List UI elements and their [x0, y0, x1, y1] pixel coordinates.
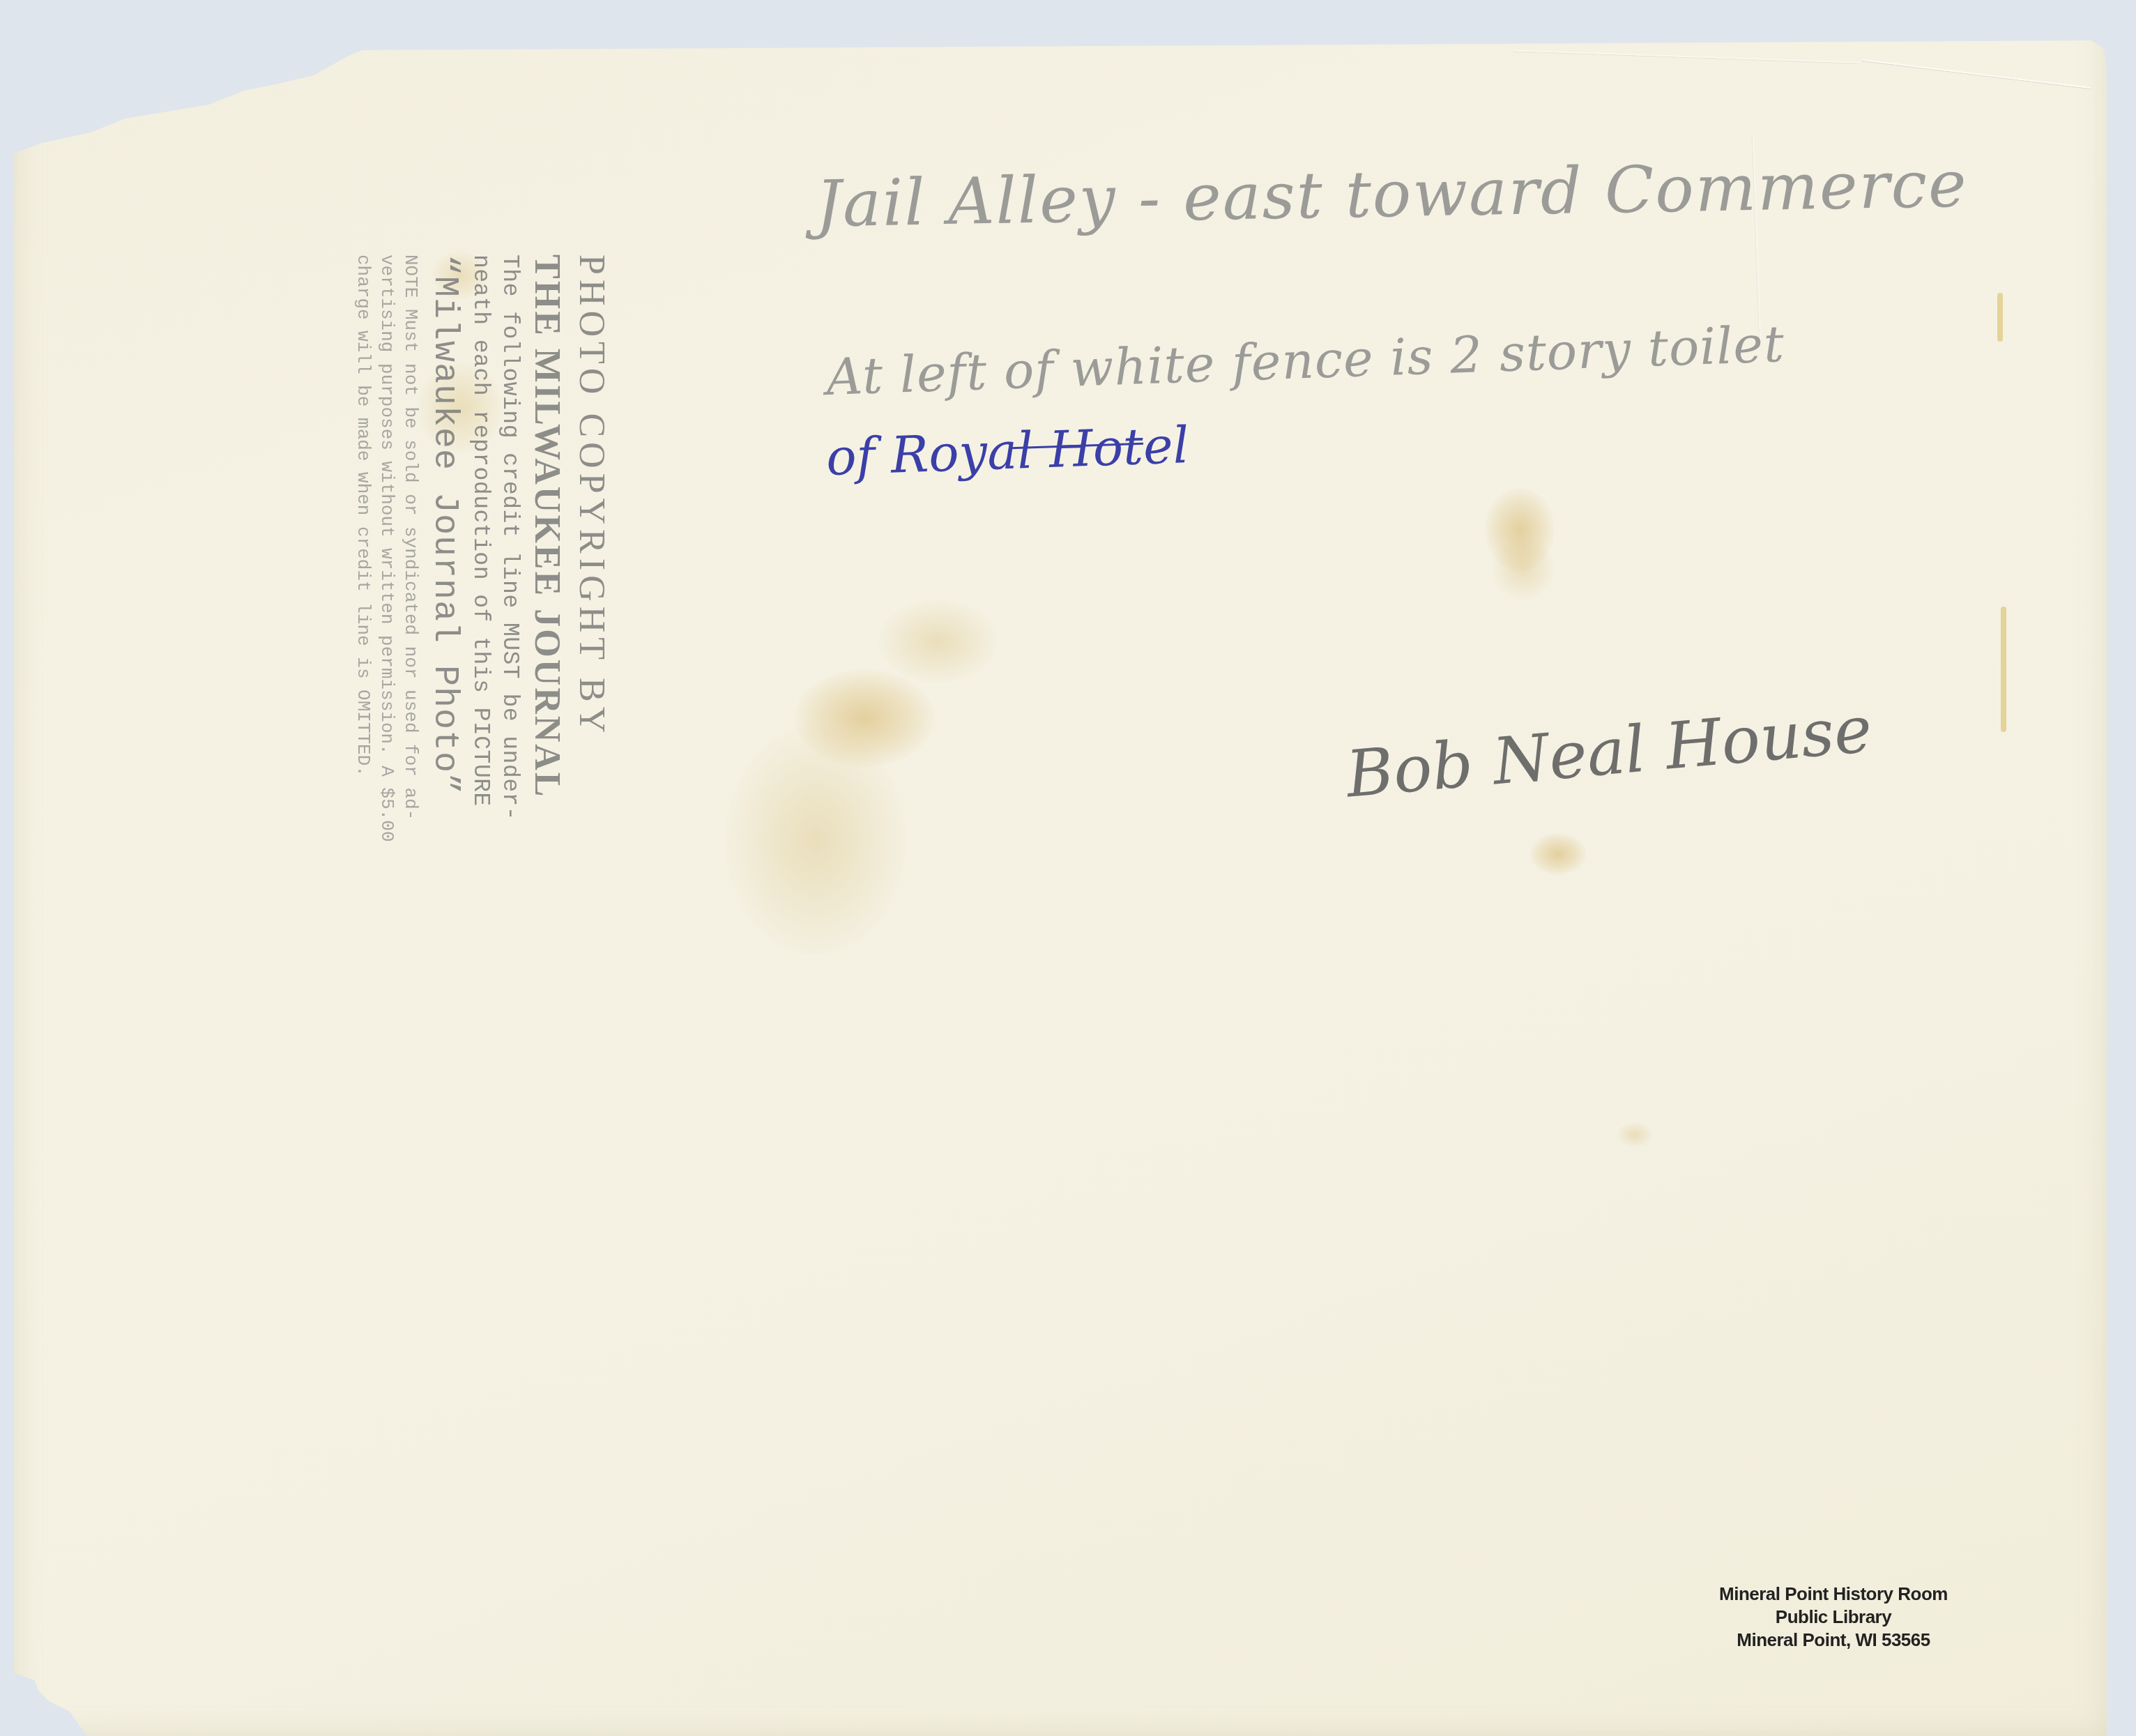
stamp-line-title: PHOTO COPYRIGHT BY — [569, 254, 613, 910]
stamp-line-publisher: THE MILWAUKEE JOURNAL — [524, 254, 569, 910]
library-stamp-line-2: Public Library — [1673, 1606, 1994, 1629]
library-ownership-stamp: Mineral Point History Room Public Librar… — [1673, 1583, 1994, 1652]
copyright-stamp: PHOTO COPYRIGHT BY THE MILWAUKEE JOURNAL… — [272, 254, 613, 910]
library-stamp-line-1: Mineral Point History Room — [1673, 1583, 1994, 1606]
stamp-line-note-2: vertising purposes without written permi… — [375, 254, 399, 910]
stamp-line-note-3: charge will be made when credit line is … — [351, 254, 375, 910]
foxing-stain — [878, 600, 997, 683]
stamp-line-credit-2: neath each reproduction of this PICTURE — [466, 254, 495, 910]
edge-stain — [2001, 607, 2006, 732]
library-stamp-line-3: Mineral Point, WI 53565 — [1673, 1629, 1994, 1652]
edge-stain — [1997, 293, 2003, 342]
foxing-stain — [725, 725, 906, 955]
foxing-stain — [1617, 1122, 1652, 1147]
foxing-stain — [1530, 833, 1586, 875]
paper-crease — [1862, 59, 2091, 89]
stamp-line-note-1: NOTE Must not be sold or syndicated nor … — [399, 254, 422, 910]
stamp-line-credit-text: “Milwaukee Journal Photo” — [422, 254, 466, 910]
foxing-stain — [1492, 537, 1555, 600]
stamp-line-credit-1: The following credit line MUST be under- — [495, 254, 524, 910]
paper-crease — [1513, 50, 1861, 63]
